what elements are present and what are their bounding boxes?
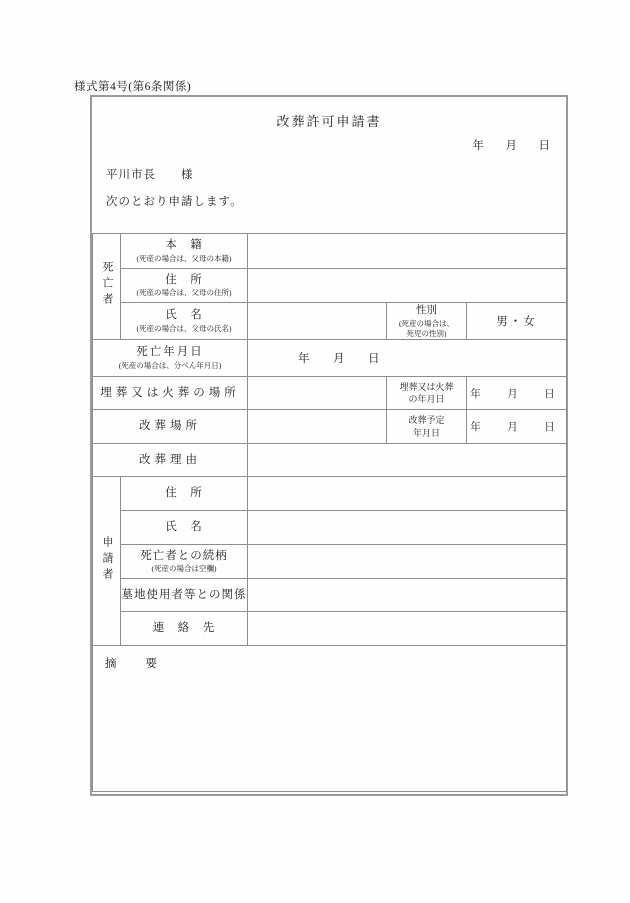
applicant-address-field — [248, 477, 567, 511]
row-cemetery-relation: 墓地使用者等との関係 — [93, 579, 567, 612]
intro-text: 次のとおり申請します。 — [92, 193, 566, 209]
reburial-reason-label-cell: 改葬理由 — [93, 444, 248, 477]
honseki-label: 本 籍 — [121, 238, 247, 252]
applicant-address-label: 住 所 — [121, 486, 247, 500]
deceased-name-label-cell: 氏 名 (死産の場合は、父母の氏名) — [121, 303, 248, 340]
row-applicant-name: 氏 名 — [93, 511, 567, 545]
reburial-date-label-line1: 改葬予定 — [387, 414, 466, 426]
deceased-address-label-cell: 住 所 (死産の場合は、父母の住所) — [121, 269, 248, 303]
applicant-name-field — [248, 511, 567, 545]
row-applicant-relation: 死亡者との続柄 (死産の場合は空欄) — [93, 545, 567, 579]
summary-cell: 摘 要 — [93, 646, 567, 792]
burial-place-field — [248, 377, 387, 410]
row-summary: 摘 要 — [93, 646, 567, 792]
row-death-date: 死亡年月日 (死産の場合は、分べん年月日) 年 月 日 — [93, 340, 567, 377]
reburial-date-label-line2: 年月日 — [387, 427, 466, 439]
applicant-relation-label: 死亡者との続柄 — [121, 549, 247, 563]
deceased-name-field — [248, 303, 387, 340]
row-reburial-reason: 改葬理由 — [93, 444, 567, 477]
applicant-relation-label-cell: 死亡者との続柄 (死産の場合は空欄) — [121, 545, 248, 579]
deceased-address-label: 住 所 — [121, 273, 247, 287]
applicant-name-label-cell: 氏 名 — [121, 511, 248, 545]
form-number: 様式第4号(第6条関係) — [74, 78, 191, 94]
form-title: 改葬許可申請書 — [92, 97, 566, 130]
burial-place-label: 埋葬又は火葬の場所 — [93, 386, 247, 400]
burial-date-label-line2: の年月日 — [387, 393, 466, 405]
row-honseki: 死亡者 本 籍 (死産の場合は、父母の本籍) — [93, 234, 567, 269]
honseki-field — [248, 234, 567, 269]
death-date-field: 年 月 日 — [248, 340, 567, 377]
cemetery-relation-label: 墓地使用者等との関係 — [121, 588, 247, 602]
application-table: 死亡者 本 籍 (死産の場合は、父母の本籍) 住 所 (死産の場合は、父母の住所… — [92, 233, 567, 792]
deceased-address-field — [248, 269, 567, 303]
cemetery-relation-field — [248, 579, 567, 612]
row-deceased-address: 住 所 (死産の場合は、父母の住所) — [93, 269, 567, 303]
reburial-place-label: 改葬場所 — [93, 419, 247, 433]
death-date-note: (死産の場合は、分べん年月日) — [93, 361, 247, 371]
deceased-group-label: 死亡者 — [93, 234, 121, 340]
applicant-relation-note: (死産の場合は空欄) — [121, 564, 247, 574]
row-contact: 連 絡 先 — [93, 612, 567, 646]
gender-note-line2: 死児の性別) — [387, 329, 466, 339]
gender-value: 男・女 — [467, 303, 567, 340]
reburial-place-field — [248, 410, 387, 444]
form-header: 改葬許可申請書 年 月 日 平川市長 様 次のとおり申請します。 — [92, 97, 566, 233]
applicant-group-label: 申請者 — [93, 477, 121, 646]
row-applicant-address: 申請者 住 所 — [93, 477, 567, 511]
burial-date-label-cell: 埋葬又は火葬 の年月日 — [387, 377, 467, 410]
gender-label-cell: 性別 (死産の場合は、 死児の性別) — [387, 303, 467, 340]
row-deceased-name: 氏 名 (死産の場合は、父母の氏名) 性別 (死産の場合は、 死児の性別) 男・… — [93, 303, 567, 340]
contact-field — [248, 612, 567, 646]
header-date-field: 年 月 日 — [92, 137, 566, 153]
summary-label: 摘 要 — [105, 658, 159, 670]
form-sheet: 改葬許可申請書 年 月 日 平川市長 様 次のとおり申請します。 死亡者 本 籍 — [90, 95, 568, 796]
addressee: 平川市長 様 — [92, 166, 566, 182]
deceased-address-note: (死産の場合は、父母の住所) — [121, 288, 247, 298]
reburial-reason-field — [248, 444, 567, 477]
deceased-name-label: 氏 名 — [121, 308, 247, 322]
burial-date-label-line1: 埋葬又は火葬 — [387, 381, 466, 393]
applicant-group-text: 申請者 — [101, 536, 112, 584]
deceased-name-note: (死産の場合は、父母の氏名) — [121, 324, 247, 334]
reburial-place-label-cell: 改葬場所 — [93, 410, 248, 444]
applicant-address-label-cell: 住 所 — [121, 477, 248, 511]
death-date-label-cell: 死亡年月日 (死産の場合は、分べん年月日) — [93, 340, 248, 377]
burial-date-field: 年 月 日 — [467, 377, 567, 410]
document-page: 様式第4号(第6条関係) 改葬許可申請書 年 月 日 平川市長 様 次のとおり申… — [0, 0, 630, 903]
honseki-note: (死産の場合は、父母の本籍) — [121, 254, 247, 264]
gender-note-line1: (死産の場合は、 — [387, 319, 466, 329]
applicant-name-label: 氏 名 — [121, 520, 247, 534]
burial-place-label-cell: 埋葬又は火葬の場所 — [93, 377, 248, 410]
reburial-reason-label: 改葬理由 — [93, 453, 247, 467]
honseki-label-cell: 本 籍 (死産の場合は、父母の本籍) — [121, 234, 248, 269]
row-reburial-place: 改葬場所 改葬予定 年月日 年 月 日 — [93, 410, 567, 444]
contact-label: 連 絡 先 — [121, 621, 247, 635]
cemetery-relation-label-cell: 墓地使用者等との関係 — [121, 579, 248, 612]
reburial-date-label-cell: 改葬予定 年月日 — [387, 410, 467, 444]
applicant-relation-field — [248, 545, 567, 579]
deceased-group-text: 死亡者 — [101, 261, 112, 309]
row-burial-place: 埋葬又は火葬の場所 埋葬又は火葬 の年月日 年 月 日 — [93, 377, 567, 410]
contact-label-cell: 連 絡 先 — [121, 612, 248, 646]
gender-label: 性別 — [387, 304, 466, 318]
death-date-label: 死亡年月日 — [93, 345, 247, 359]
reburial-date-field: 年 月 日 — [467, 410, 567, 444]
